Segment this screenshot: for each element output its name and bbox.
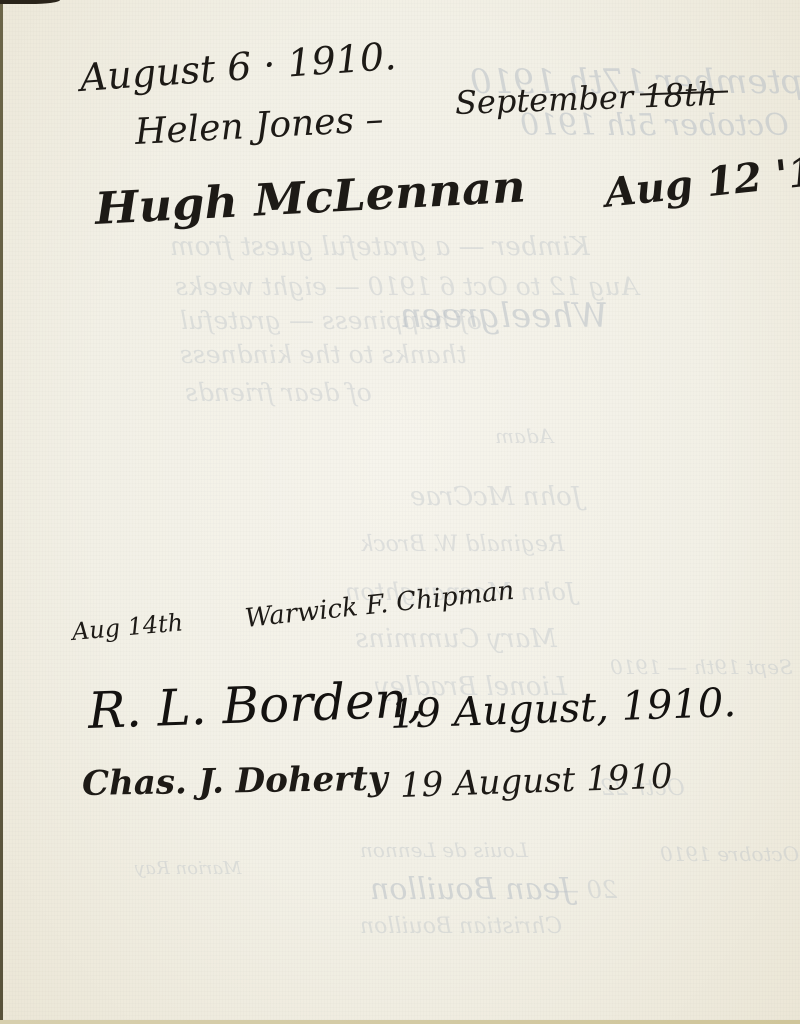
page-bottom-edge [0,1020,800,1024]
bleed-through-text: Reginald W. Brock [360,532,564,557]
entry-signature: R. L. Borden, [87,670,424,740]
bleed-through-text: Adam [495,424,553,448]
entry-date: Aug 12 '10 [603,145,800,217]
bleed-through-text: Louis de Lennon [360,838,528,862]
guest-book-page: September 17th 1910 October 5th 1910 Kim… [0,0,800,1024]
bleed-through-text: Octobre 1910 [660,842,799,866]
bleed-through-text: 20 — [555,876,617,904]
bleed-through-signature: Wheelgreen [400,296,608,336]
bleed-through-signature: Christian Bouillon [360,914,562,939]
entry-signature: Hugh McLennan [94,161,527,234]
bleed-through-text: Kimber — a grateful guest from [170,232,590,262]
bleed-through-text: John McCrae [410,482,582,512]
page-binding-edge [0,0,3,1024]
bleed-through-text: Sept 19th — 1910 [610,655,793,679]
entry-signature: Chas. J. Doherty [82,759,388,804]
bleed-through-text: Mary Cummins [355,624,557,654]
bleed-through-text: of dear friends [185,378,372,407]
entry-signature: Helen Jones – [134,99,384,153]
entry-date: Aug 14th [71,608,184,646]
bleed-through-text: thanks to the kindness [180,340,467,369]
bleed-through-text: Marion Ray [135,858,242,879]
page-corner-shadow [0,0,60,4]
bleed-through-signature: Jean Bouillon [370,872,572,907]
entry-date: August 6 · 1910. [78,34,397,100]
